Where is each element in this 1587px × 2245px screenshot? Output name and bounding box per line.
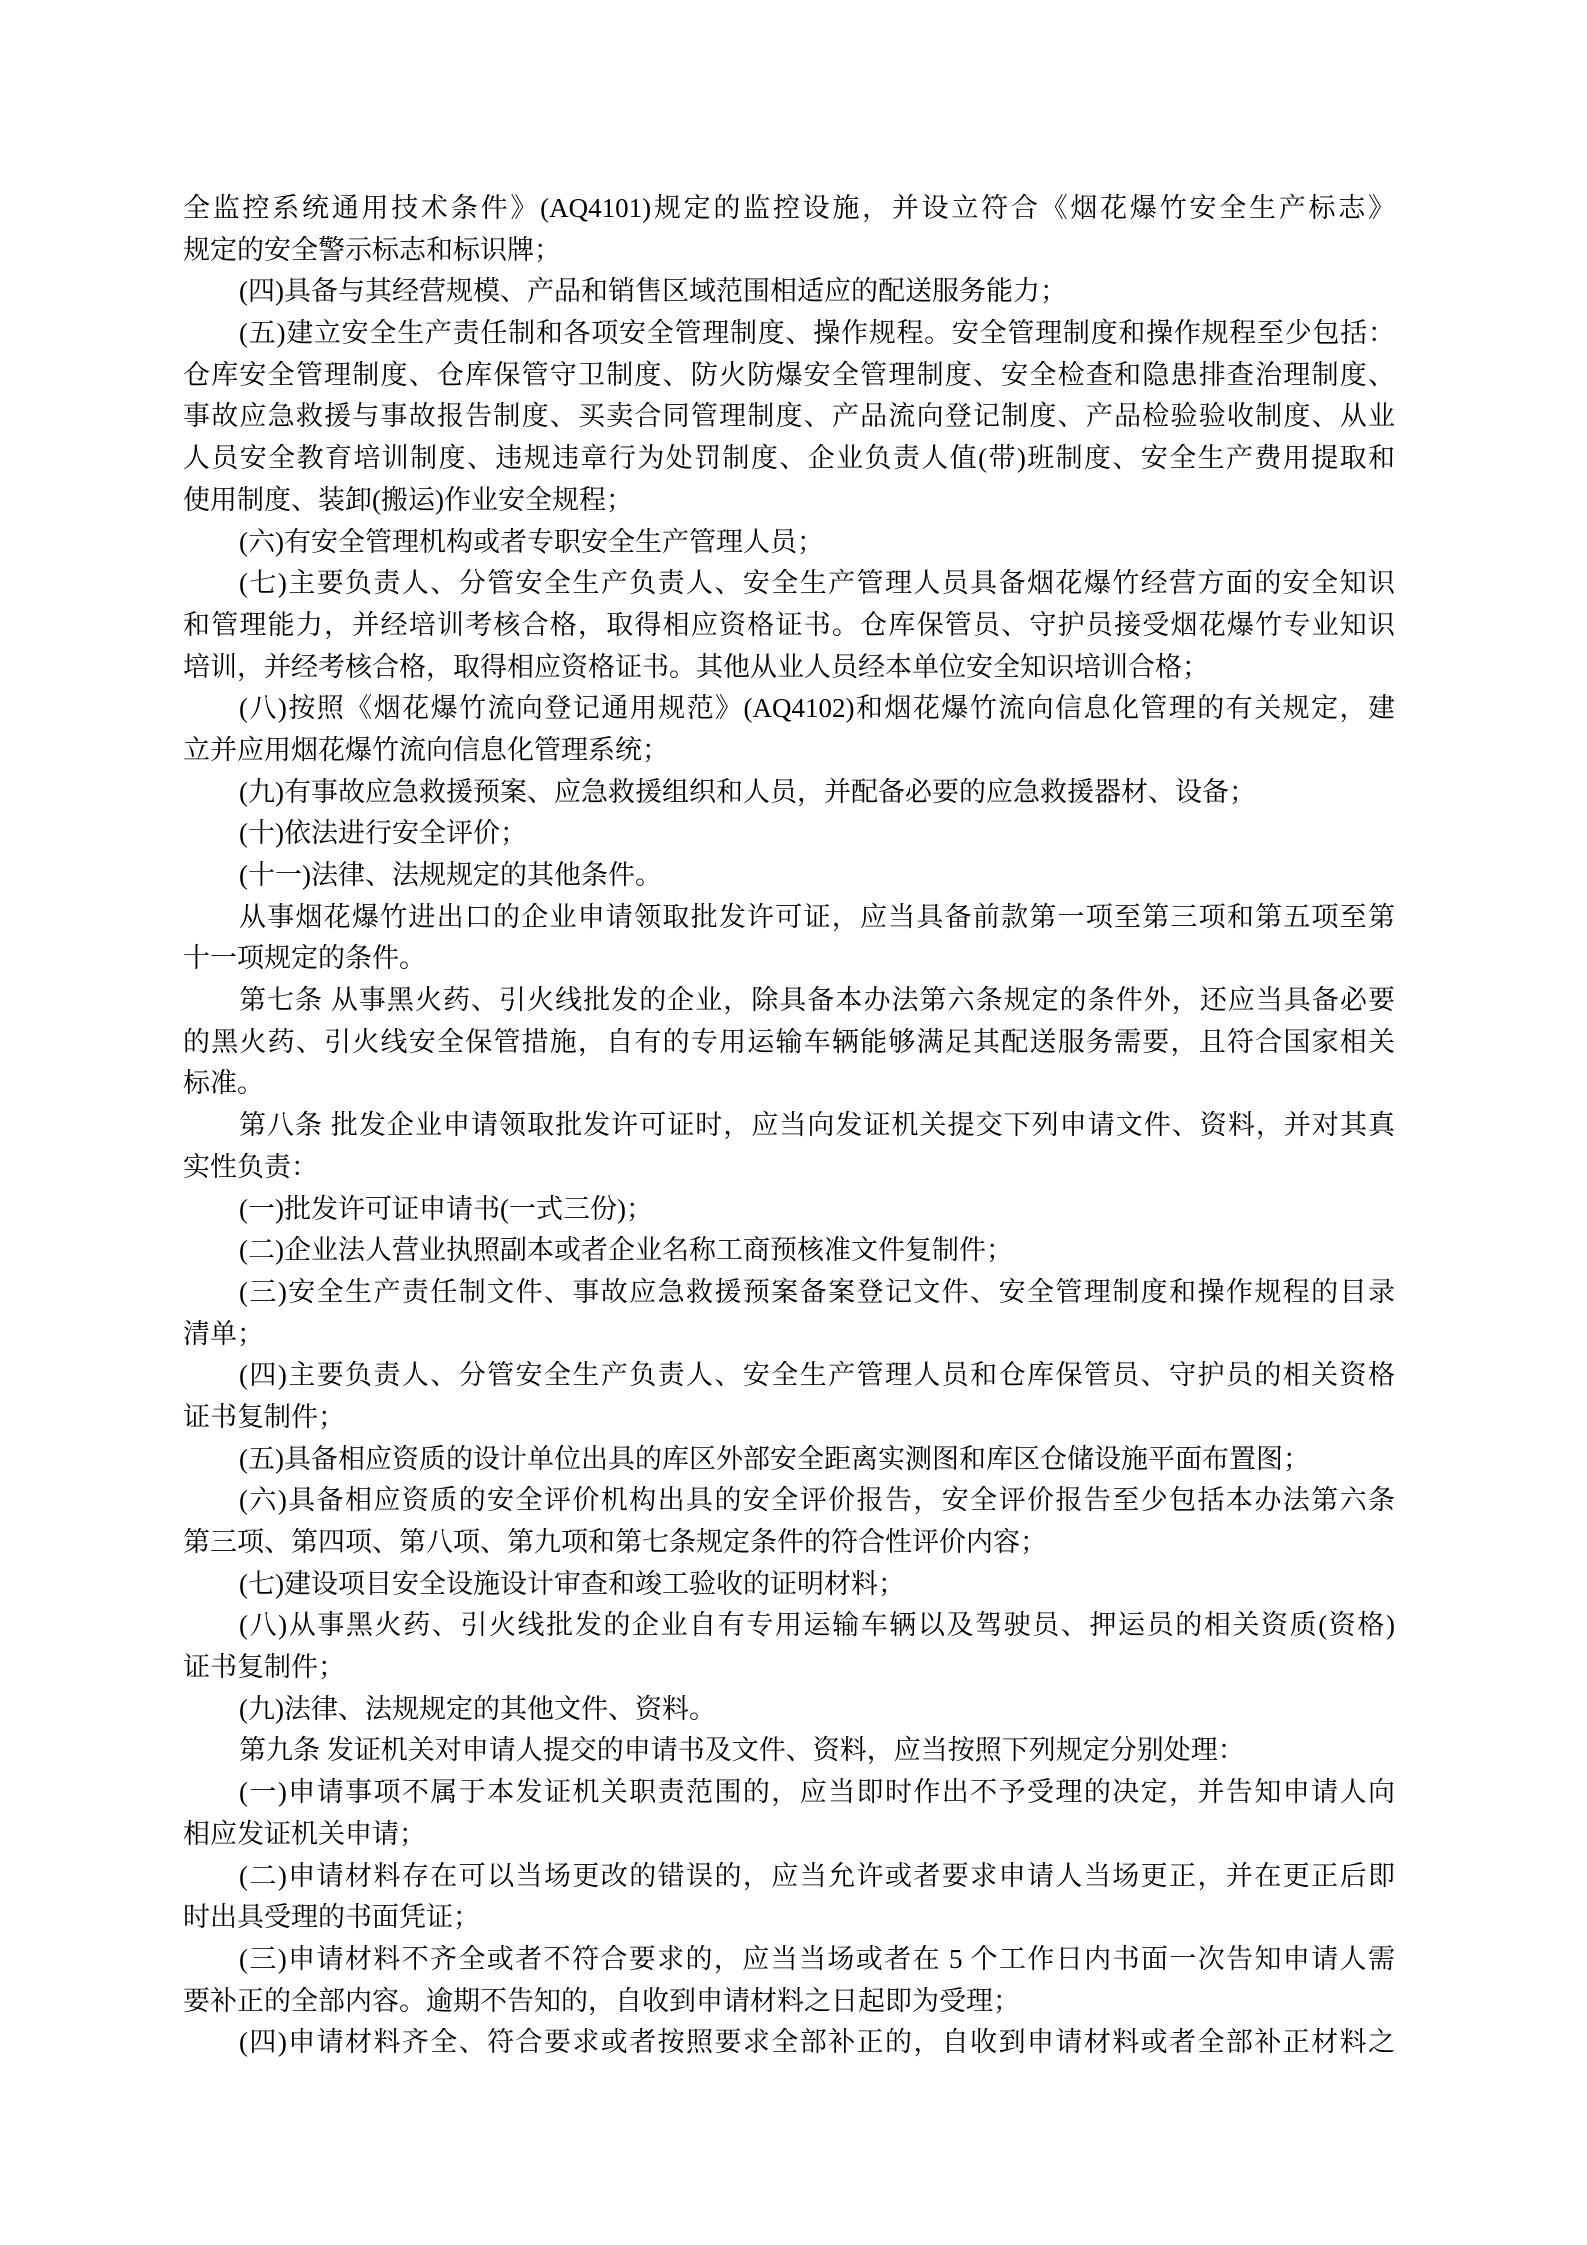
text-line: 十一项规定的条件。 (183, 938, 1395, 980)
text-line: 第七条 从事黑火药、引火线批发的企业，除具备本办法第六条规定的条件外，还应当具备… (183, 980, 1395, 1022)
text-line: 时出具受理的书面凭证； (183, 1897, 1395, 1939)
text-line: (一)批发许可证申请书(一式三份)； (183, 1189, 1395, 1231)
text-line: 事故应急救援与事故报告制度、买卖合同管理制度、产品流向登记制度、产品检验验收制度… (183, 396, 1395, 438)
text-line: 证书复制件； (183, 1397, 1395, 1439)
text-line: 使用制度、装卸(搬运)作业安全规程； (183, 480, 1395, 522)
text-line: 相应发证机关申请； (183, 1814, 1395, 1856)
text-line: 人员安全教育培训制度、违规违章行为处罚制度、企业负责人值(带)班制度、安全生产费… (183, 438, 1395, 480)
text-line: (三)申请材料不齐全或者不符合要求的，应当当场或者在 5 个工作日内书面一次告知… (183, 1939, 1395, 1981)
document-text: 全监控系统通用技术条件》(AQ4101)规定的监控设施，并设立符合《烟花爆竹安全… (183, 188, 1395, 2064)
text-line: 证书复制件； (183, 1647, 1395, 1689)
text-line: (七)主要负责人、分管安全生产负责人、安全生产管理人员具备烟花爆竹经营方面的安全… (183, 563, 1395, 605)
text-line: (五)具备相应资质的设计单位出具的库区外部安全距离实测图和库区仓储设施平面布置图… (183, 1439, 1395, 1481)
text-line: (一)申请事项不属于本发证机关职责范围的，应当即时作出不予受理的决定，并告知申请… (183, 1772, 1395, 1814)
text-line: 实性负责： (183, 1147, 1395, 1189)
text-line: 的黑火药、引火线安全保管措施，自有的专用运输车辆能够满足其配送服务需要，且符合国… (183, 1022, 1395, 1064)
text-line: (六)有安全管理机构或者专职安全生产管理人员； (183, 522, 1395, 564)
text-line: 和管理能力，并经培训考核合格，取得相应资格证书。仓库保管员、守护员接受烟花爆竹专… (183, 605, 1395, 647)
text-line: (二)申请材料存在可以当场更改的错误的，应当允许或者要求申请人当场更正，并在更正… (183, 1856, 1395, 1898)
text-line: 第三项、第四项、第八项、第九项和第七条规定条件的符合性评价内容； (183, 1522, 1395, 1564)
text-line: (九)法律、法规规定的其他文件、资料。 (183, 1689, 1395, 1731)
text-line: 培训，并经考核合格，取得相应资格证书。其他从业人员经本单位安全知识培训合格； (183, 647, 1395, 689)
text-line: (三)安全生产责任制文件、事故应急救援预案备案登记文件、安全管理制度和操作规程的… (183, 1272, 1395, 1314)
text-line: (八)从事黑火药、引火线批发的企业自有专用运输车辆以及驾驶员、押运员的相关资质(… (183, 1605, 1395, 1647)
text-line: 第八条 批发企业申请领取批发许可证时，应当向发证机关提交下列申请文件、资料，并对… (183, 1105, 1395, 1147)
text-line: (十)依法进行安全评价； (183, 813, 1395, 855)
text-line: 全监控系统通用技术条件》(AQ4101)规定的监控设施，并设立符合《烟花爆竹安全… (183, 188, 1395, 230)
text-line: (四)具备与其经营规模、产品和销售区域范围相适应的配送服务能力； (183, 271, 1395, 313)
text-line: 第九条 发证机关对申请人提交的申请书及文件、资料，应当按照下列规定分别处理： (183, 1730, 1395, 1772)
text-line: (七)建设项目安全设施设计审查和竣工验收的证明材料； (183, 1564, 1395, 1606)
text-line: 立并应用烟花爆竹流向信息化管理系统； (183, 730, 1395, 772)
text-line: (十一)法律、法规规定的其他条件。 (183, 855, 1395, 897)
text-line: 清单； (183, 1314, 1395, 1356)
text-line: 要补正的全部内容。逾期不告知的，自收到申请材料之日起即为受理； (183, 1981, 1395, 2023)
document-page: 全监控系统通用技术条件》(AQ4101)规定的监控设施，并设立符合《烟花爆竹安全… (0, 0, 1587, 2245)
text-line: (八)按照《烟花爆竹流向登记通用规范》(AQ4102)和烟花爆竹流向信息化管理的… (183, 688, 1395, 730)
text-line: (九)有事故应急救援预案、应急救援组织和人员，并配备必要的应急救援器材、设备； (183, 772, 1395, 814)
text-line: (六)具备相应资质的安全评价机构出具的安全评价报告，安全评价报告至少包括本办法第… (183, 1480, 1395, 1522)
text-line: 仓库安全管理制度、仓库保管守卫制度、防火防爆安全管理制度、安全检查和隐患排查治理… (183, 355, 1395, 397)
text-line: 规定的安全警示标志和标识牌； (183, 230, 1395, 272)
text-line: 从事烟花爆竹进出口的企业申请领取批发许可证，应当具备前款第一项至第三项和第五项至… (183, 897, 1395, 939)
text-line: (五)建立安全生产责任制和各项安全管理制度、操作规程。安全管理制度和操作规程至少… (183, 313, 1395, 355)
text-line: 标准。 (183, 1063, 1395, 1105)
text-line: (四)申请材料齐全、符合要求或者按照要求全部补正的，自收到申请材料或者全部补正材… (183, 2022, 1395, 2064)
text-line: (二)企业法人营业执照副本或者企业名称工商预核准文件复制件； (183, 1230, 1395, 1272)
text-line: (四)主要负责人、分管安全生产负责人、安全生产管理人员和仓库保管员、守护员的相关… (183, 1355, 1395, 1397)
